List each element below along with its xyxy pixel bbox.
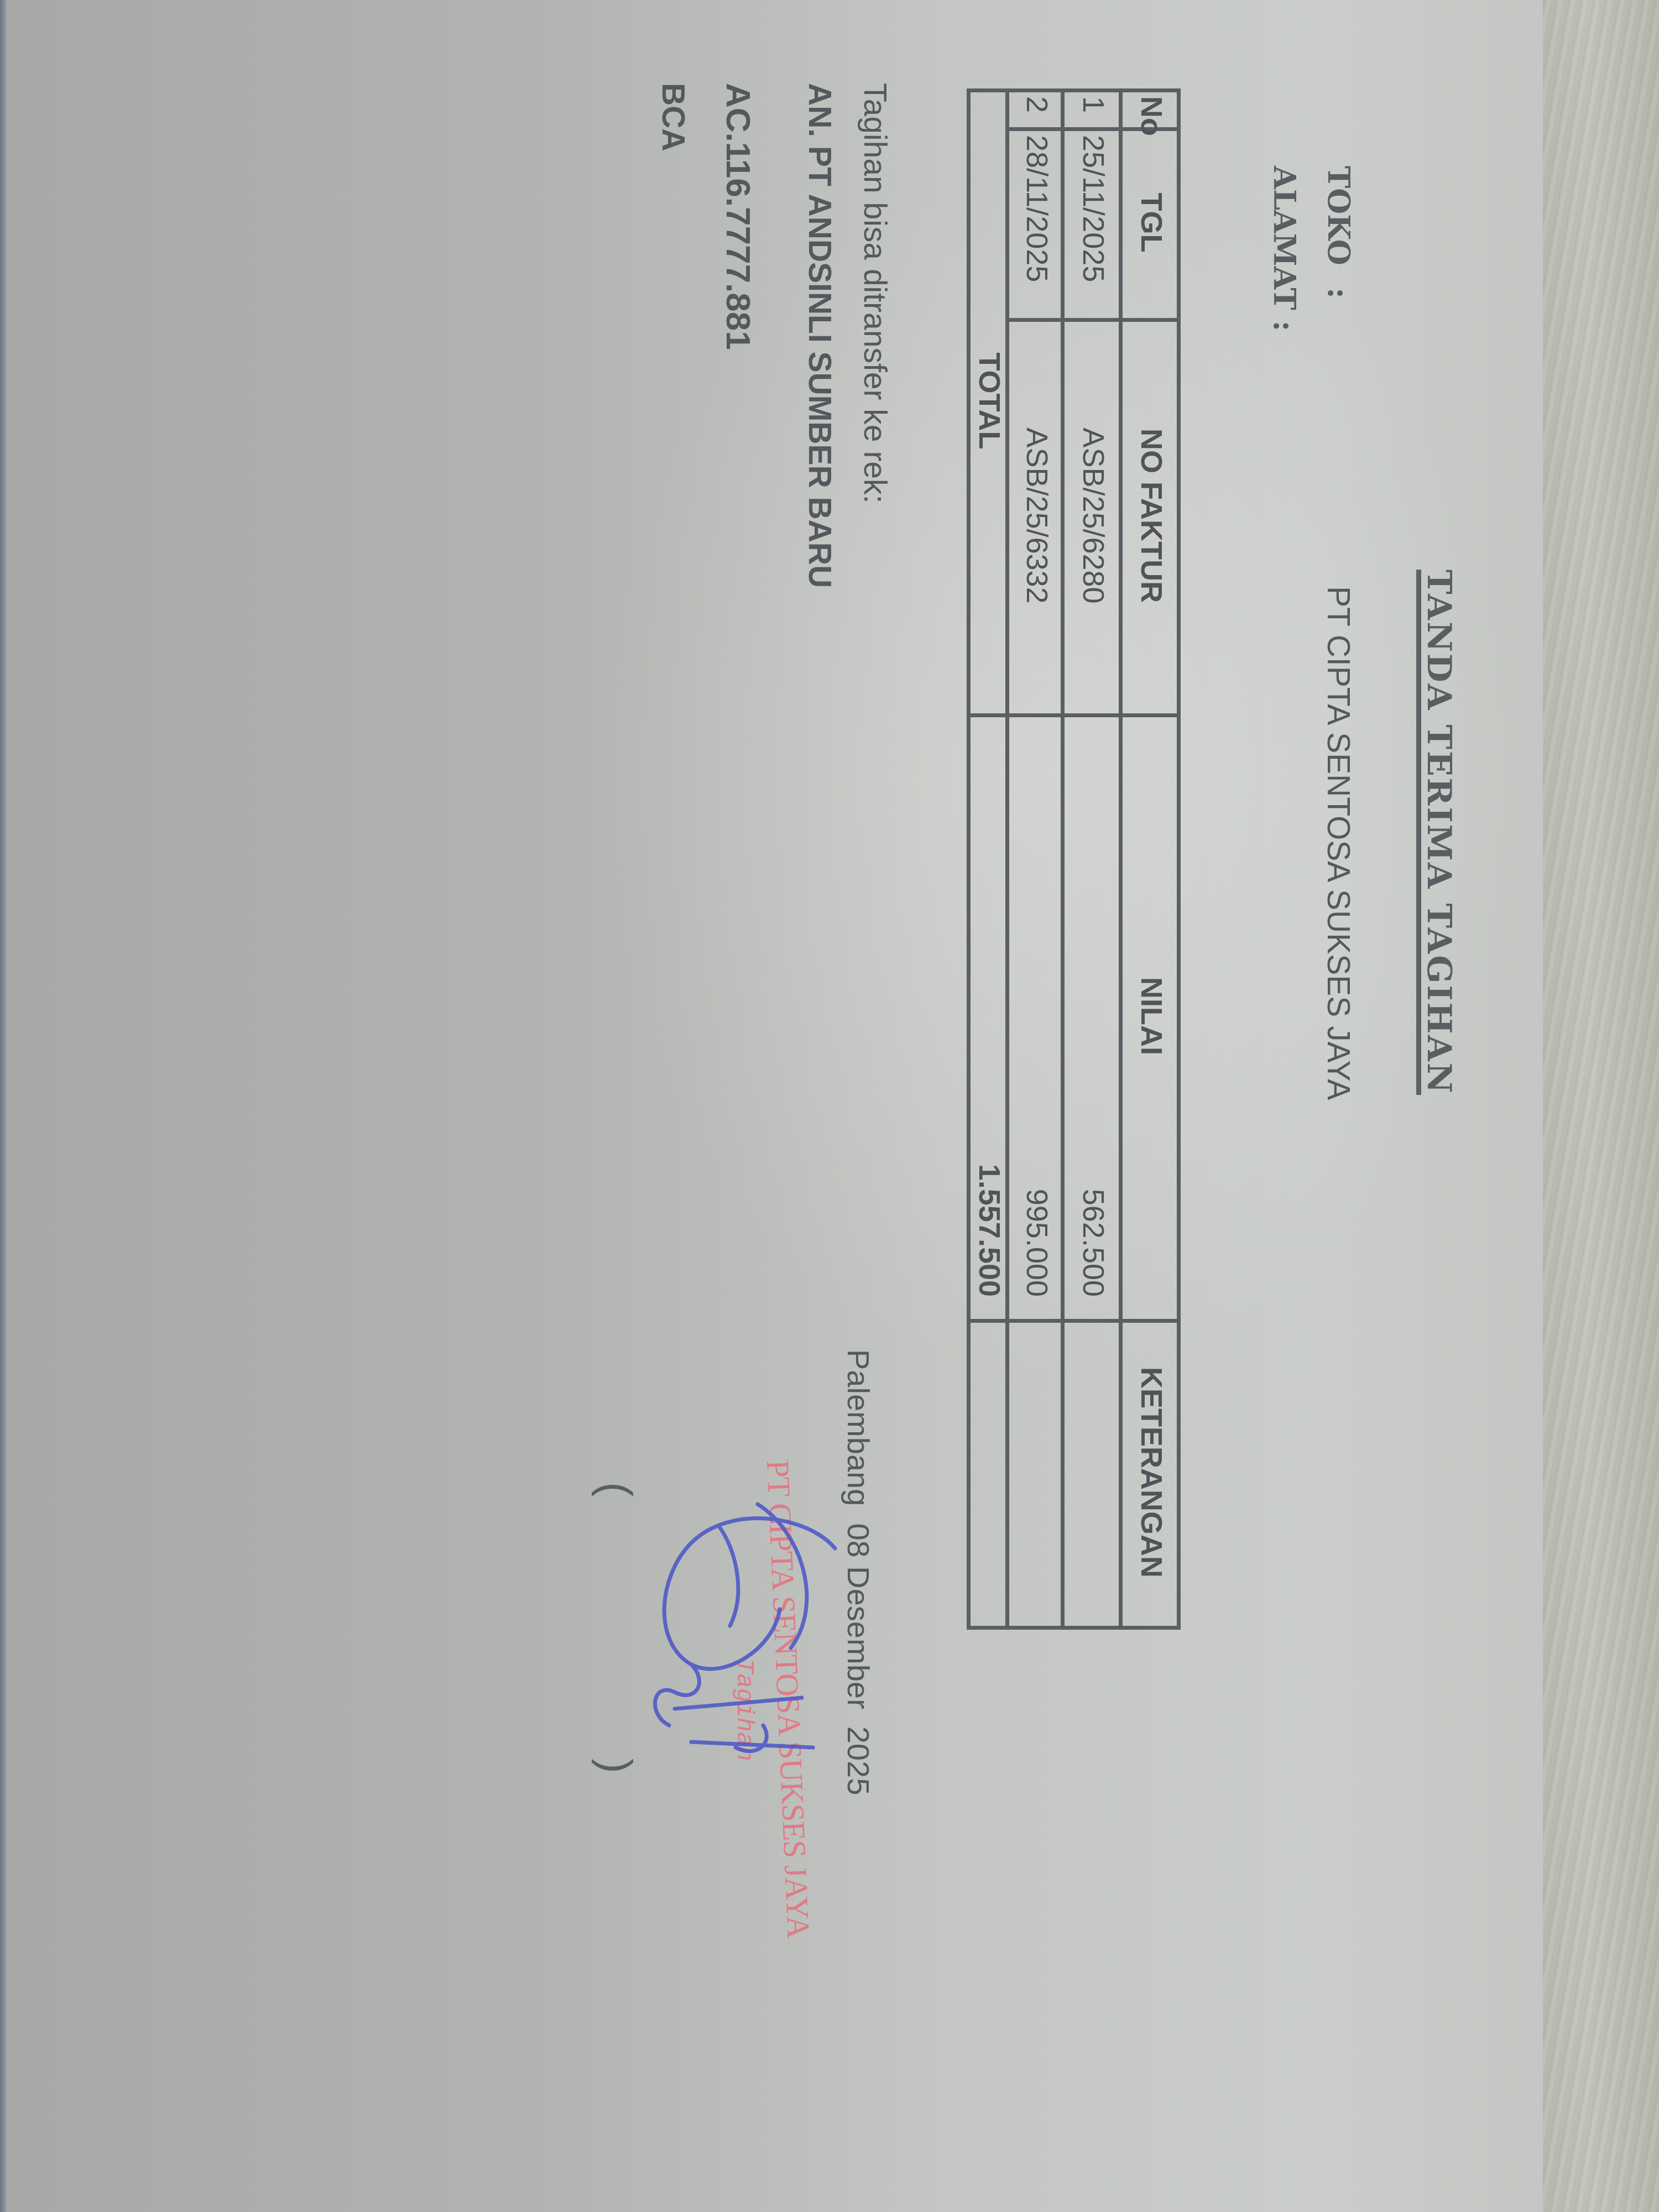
invoice-table: No TGL NO FAKTUR NILAI KETERANGAN 1 25/1… — [968, 88, 1181, 1626]
toko-colon: : — [1324, 288, 1354, 299]
payment-intro: Tagihan bisa ditransfer ke rek: — [859, 83, 890, 503]
row-2-nilai: 995.000 — [1009, 713, 1065, 1319]
row-1-nilai: 562.500 — [1065, 713, 1123, 1319]
total-keterangan — [969, 1319, 1009, 1626]
document-title: TANDA TERIMA TAGIHAN — [1416, 570, 1455, 1095]
receipt-document: TANDA TERIMA TAGIHAN TOKO : PT CIPTA SEN… — [0, 0, 1554, 2212]
toko-label: TOKO — [1324, 166, 1354, 265]
toko-value: PT CIPTA SENTOSA SUKSES JAYA — [1322, 586, 1354, 1100]
row-1-tgl: 25/11/2025 — [1065, 127, 1123, 318]
header-nilai: NILAI — [1123, 713, 1181, 1319]
total-label: TOTAL — [969, 88, 1009, 713]
bank-name: BCA — [657, 83, 688, 152]
signature-paren-close: ) — [591, 1759, 641, 1773]
header-tgl: TGL — [1123, 127, 1181, 318]
row-1-keterangan — [1065, 1319, 1123, 1626]
row-2-tgl: 28/11/2025 — [1009, 127, 1065, 318]
row-1-no: 1 — [1065, 88, 1123, 127]
alamat-label: ALAMAT : — [1270, 166, 1300, 331]
row-2-no: 2 — [1009, 88, 1065, 127]
total-value: 1.557.500 — [969, 713, 1009, 1319]
signature-paren-open: ( — [591, 1482, 641, 1497]
row-2-keterangan — [1009, 1319, 1065, 1626]
account-name: AN. PT ANDSINLI SUMBER BARU — [804, 83, 835, 588]
account-number: AC.116.7777.881 — [721, 83, 755, 350]
row-1-no-faktur: ASB/25/6280 — [1065, 318, 1123, 713]
header-no: No — [1123, 88, 1181, 127]
wood-table-surface — [1543, 0, 1659, 2212]
header-no-faktur: NO FAKTUR — [1123, 318, 1181, 713]
header-keterangan: KETERANGAN — [1123, 1319, 1181, 1626]
row-2-no-faktur: ASB/25/6332 — [1009, 318, 1065, 713]
signature-scribble — [614, 1482, 874, 1869]
